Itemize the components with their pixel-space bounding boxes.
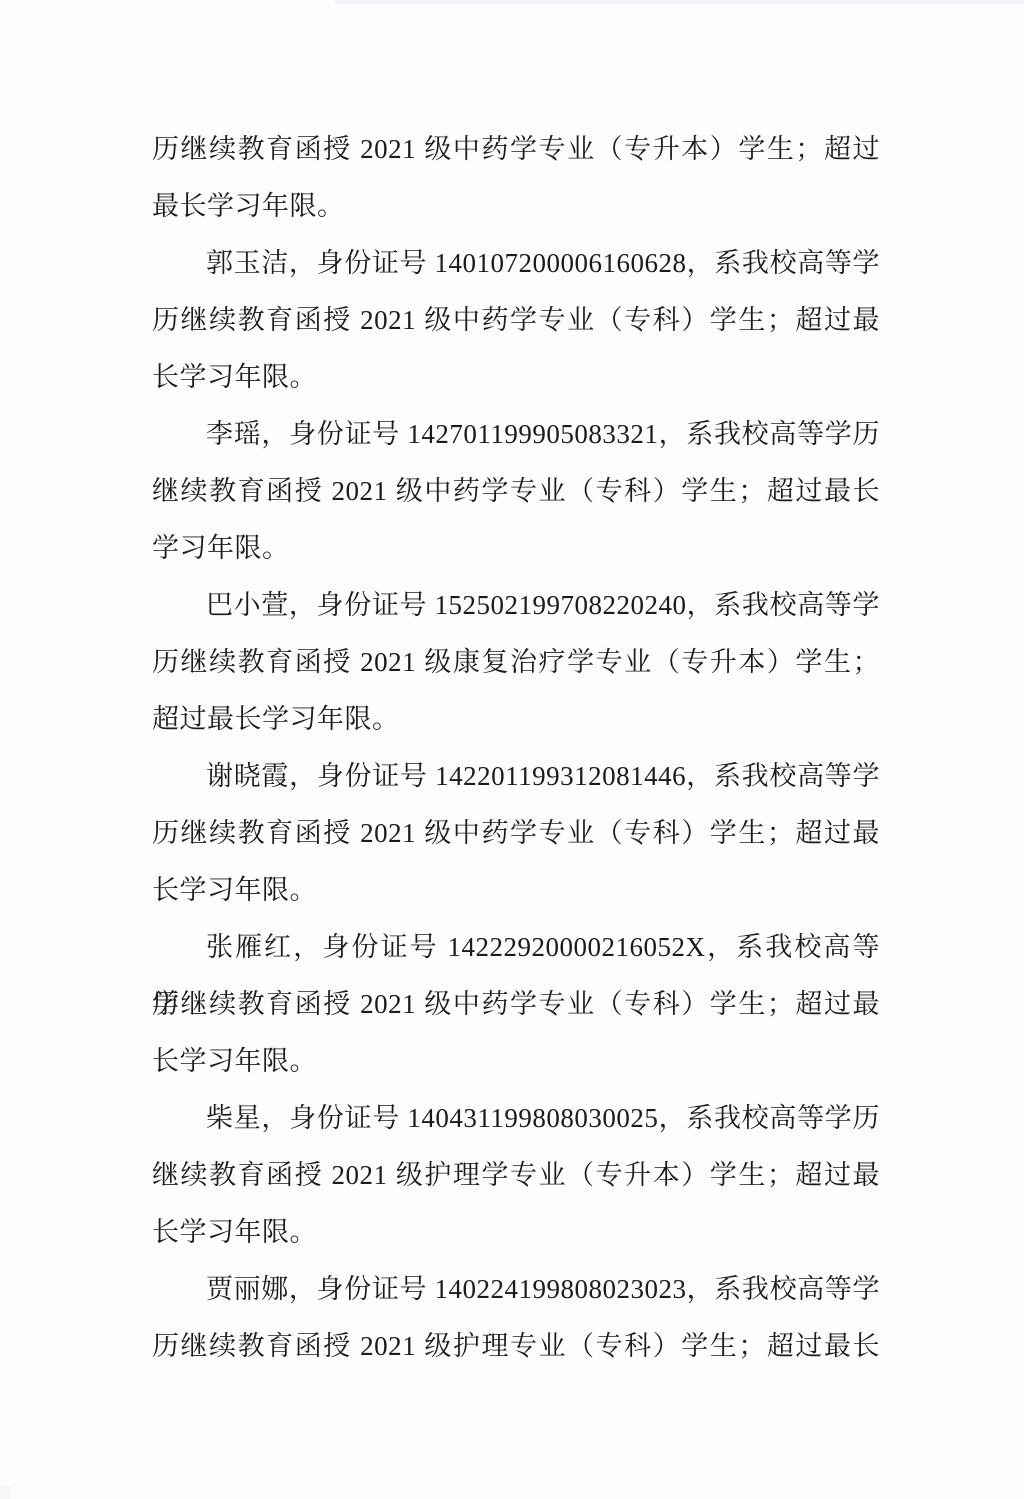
text-line: 最长学习年限。 bbox=[152, 178, 880, 235]
text-line: 历继续教育函授 2021 级中药学专业（专科）学生；超过最 bbox=[152, 976, 880, 1033]
document-text-block: 历继续教育函授 2021 级中药学专业（专升本）学生；超过最长学习年限。郭玉洁，… bbox=[152, 121, 880, 1375]
text-line: 历继续教育函授 2021 级护理专业（专科）学生；超过最长 bbox=[152, 1318, 880, 1375]
text-line: 历继续教育函授 2021 级中药学专业（专科）学生；超过最 bbox=[152, 805, 880, 862]
scan-artifact-corner bbox=[0, 1486, 10, 1499]
text-line: 历继续教育函授 2021 级中药学专业（专升本）学生；超过 bbox=[152, 121, 880, 178]
text-line: 贾丽娜，身份证号 140224199808023023，系我校高等学 bbox=[152, 1261, 880, 1318]
text-line: 李瑶，身份证号 142701199905083321，系我校高等学历 bbox=[152, 406, 880, 463]
scan-artifact-top bbox=[335, 0, 1024, 4]
text-line: 长学习年限。 bbox=[152, 862, 880, 919]
document-page: 历继续教育函授 2021 级中药学专业（专升本）学生；超过最长学习年限。郭玉洁，… bbox=[0, 0, 1024, 1499]
text-line: 继续教育函授 2021 级护理学专业（专升本）学生；超过最 bbox=[152, 1147, 880, 1204]
text-line: 长学习年限。 bbox=[152, 349, 880, 406]
text-line: 继续教育函授 2021 级中药学专业（专科）学生；超过最长 bbox=[152, 463, 880, 520]
text-line: 学习年限。 bbox=[152, 520, 880, 577]
text-line: 张雁红，身份证号 14222920000216052X，系我校高等学 bbox=[152, 919, 880, 976]
text-line: 巴小萱，身份证号 152502199708220240，系我校高等学 bbox=[152, 577, 880, 634]
text-line: 超过最长学习年限。 bbox=[152, 691, 880, 748]
text-line: 长学习年限。 bbox=[152, 1033, 880, 1090]
text-line: 长学习年限。 bbox=[152, 1204, 880, 1261]
text-line: 郭玉洁，身份证号 140107200006160628，系我校高等学 bbox=[152, 235, 880, 292]
text-line: 谢晓霞，身份证号 142201199312081446，系我校高等学 bbox=[152, 748, 880, 805]
text-line: 历继续教育函授 2021 级康复治疗学专业（专升本）学生； bbox=[152, 634, 880, 691]
text-line: 历继续教育函授 2021 级中药学专业（专科）学生；超过最 bbox=[152, 292, 880, 349]
text-line: 柴星，身份证号 140431199808030025，系我校高等学历 bbox=[152, 1090, 880, 1147]
